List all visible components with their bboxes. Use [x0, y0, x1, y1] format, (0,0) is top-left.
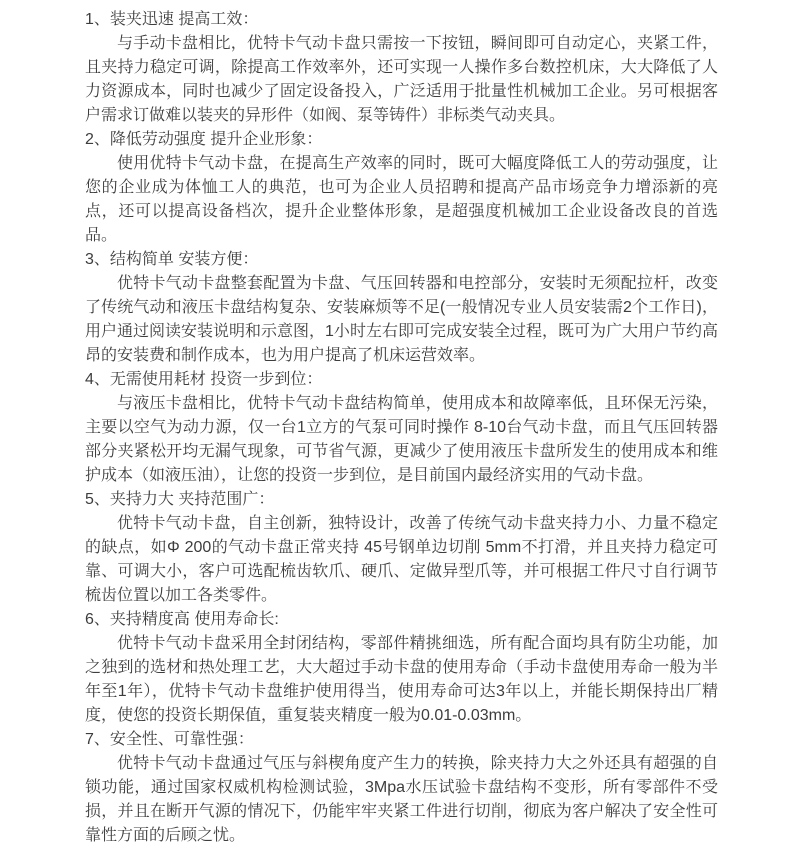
section-heading: 2、降低劳动强度 提升企业形象： — [85, 128, 718, 152]
section-body: 与手动卡盘相比，优特卡气动卡盘只需按一下按钮，瞬间即可自动定心，夹紧工件，且夹持… — [85, 32, 718, 128]
feature-section-7: 7、安全性、可靠性强： 优特卡气动卡盘通过气压与斜楔角度产生力的转换，除夹持力大… — [85, 728, 718, 842]
feature-section-6: 6、夹持精度高 使用寿命长: 优特卡气动卡盘采用全封闭结构，零部件精挑细选，所有… — [85, 608, 718, 728]
feature-section-4: 4、无需使用耗材 投资一步到位： 与液压卡盘相比，优特卡气动卡盘结构简单，使用成… — [85, 368, 718, 488]
product-feature-document: 1、装夹迅速 提高工效： 与手动卡盘相比，优特卡气动卡盘只需按一下按钮，瞬间即可… — [0, 0, 800, 842]
section-body: 优特卡气动卡盘，自主创新，独特设计，改善了传统气动卡盘夹持力小、力量不稳定的缺点… — [85, 512, 718, 608]
section-body: 使用优特卡气动卡盘，在提高生产效率的同时，既可大幅度降低工人的劳动强度，让您的企… — [85, 152, 718, 248]
feature-section-2: 2、降低劳动强度 提升企业形象： 使用优特卡气动卡盘，在提高生产效率的同时，既可… — [85, 128, 718, 248]
feature-section-5: 5、夹持力大 夹持范围广： 优特卡气动卡盘，自主创新，独特设计，改善了传统气动卡… — [85, 488, 718, 608]
section-body: 优特卡气动卡盘通过气压与斜楔角度产生力的转换，除夹持力大之外还具有超强的自锁功能… — [85, 752, 718, 842]
section-heading: 5、夹持力大 夹持范围广： — [85, 488, 718, 512]
section-body: 与液压卡盘相比，优特卡气动卡盘结构简单，使用成本和故障率低，且环保无污染，主要以… — [85, 392, 718, 488]
section-body: 优特卡气动卡盘整套配置为卡盘、气压回转器和电控部分，安装时无须配拉杆，改变了传统… — [85, 272, 718, 368]
section-heading: 7、安全性、可靠性强： — [85, 728, 718, 752]
section-heading: 6、夹持精度高 使用寿命长: — [85, 608, 718, 632]
feature-section-1: 1、装夹迅速 提高工效： 与手动卡盘相比，优特卡气动卡盘只需按一下按钮，瞬间即可… — [85, 8, 718, 128]
feature-section-3: 3、结构简单 安装方便： 优特卡气动卡盘整套配置为卡盘、气压回转器和电控部分，安… — [85, 248, 718, 368]
section-body: 优特卡气动卡盘采用全封闭结构，零部件精挑细选，所有配合面均具有防尘功能，加之独到… — [85, 632, 718, 728]
section-heading: 1、装夹迅速 提高工效： — [85, 8, 718, 32]
section-heading: 4、无需使用耗材 投资一步到位： — [85, 368, 718, 392]
section-heading: 3、结构简单 安装方便： — [85, 248, 718, 272]
